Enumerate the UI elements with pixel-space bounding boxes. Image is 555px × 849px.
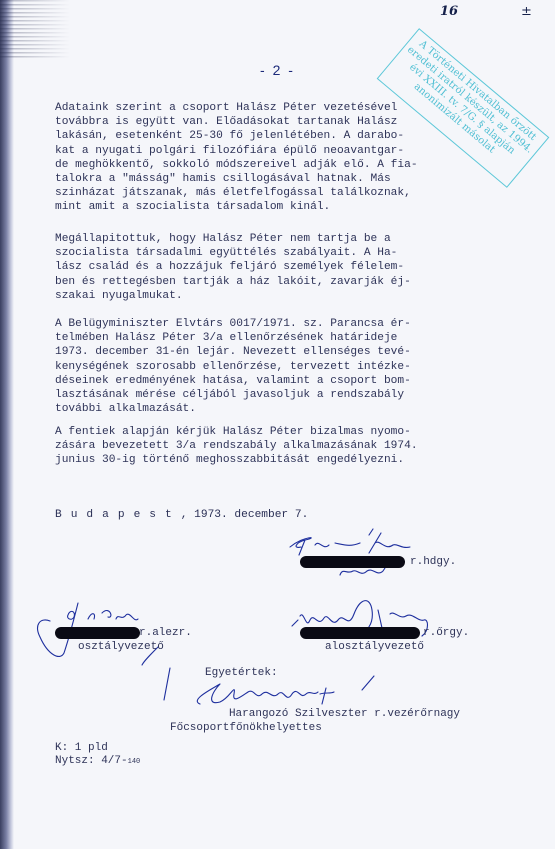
- text-line: 1973. december 31-én lejár. Nevezett ell…: [55, 345, 411, 359]
- text-line: Adataink szerint a csoport Halász Péter …: [55, 101, 418, 115]
- scan-left-edge-shadow: [0, 0, 14, 849]
- title-right: alosztályvezető: [325, 641, 424, 653]
- text-line: A Belügyminiszter Elvtárs 0017/1971. sz.…: [55, 317, 411, 331]
- dateline: Budapest, 1973. december 7.: [55, 509, 308, 521]
- copies-count: K: 1 pld: [55, 742, 108, 754]
- text-line: telmében Halász Péter 3/a ellenőrzésének…: [55, 331, 411, 345]
- redacted-name-right: [300, 627, 420, 639]
- dateline-place: Budapest: [55, 509, 181, 521]
- paragraph-request: A fentiek alapján kérjük Halász Péter bi…: [55, 425, 418, 468]
- text-line: lasztásának mérése céljából javasoljuk a…: [55, 388, 411, 402]
- approver-name: Harangozó Szilveszter r.vezérőrnagy: [0, 708, 460, 720]
- text-line: kenységének szorosabb ellenőrzése, terve…: [55, 360, 411, 374]
- text-line: Megállapitottuk, hogy Halász Péter nem t…: [55, 232, 411, 246]
- text-line: továbbra is együtt van. Előadásokat tart…: [55, 115, 418, 129]
- registry-suffix: 140: [128, 758, 141, 766]
- text-line: lász család és a hozzájuk feljáró személ…: [55, 260, 411, 274]
- stamp-line: eredeti iratról készült, az 1994.: [401, 42, 537, 159]
- text-line: szocialista társadalmi együttélés szabál…: [55, 246, 411, 260]
- redacted-name-left: [55, 627, 140, 639]
- text-line: kat a nyugati polgári filozófiára épülő …: [55, 144, 418, 158]
- text-line: talokra a "másság" hamis csillogásával h…: [55, 172, 418, 186]
- text-line: lakásán, esetenként 25-30 fő jelenlétébe…: [55, 129, 418, 143]
- text-line: mint amit a szocialista társadalom kinál…: [55, 200, 418, 214]
- signature-top-right: [285, 525, 435, 585]
- paragraph-surveillance-order: A Belügyminiszter Elvtárs 0017/1971. sz.…: [55, 317, 411, 416]
- paragraph-violations: Megállapitottuk, hogy Halász Péter nem t…: [55, 232, 411, 303]
- text-line: A fentiek alapján kérjük Halász Péter bi…: [55, 425, 418, 439]
- archive-page-number: 16: [440, 4, 458, 19]
- approver-title: Főcsoportfőnökhelyettes: [170, 722, 322, 734]
- registry-prefix: Nytsz: 4/7-: [55, 755, 128, 767]
- rank-right: r.őrgy.: [423, 627, 469, 639]
- redacted-name-top-right: [300, 556, 405, 568]
- rank-top-right: r.hdgy.: [410, 556, 456, 568]
- text-line: további alkalmazását.: [55, 402, 411, 416]
- rank-left: r.alezr.: [139, 627, 192, 639]
- text-line: zására bevezetett 3/a rendszabály alkalm…: [55, 439, 418, 453]
- text-line: szakai nyugalmukat.: [55, 289, 411, 303]
- text-line: szinházat játszanak, más életfelfogással…: [55, 186, 418, 200]
- text-line: de meghökkentő, sokkoló módszereivel adj…: [55, 158, 418, 172]
- text-line: déseinek eredményének hatása, valamint a…: [55, 374, 411, 388]
- scan-top-artifact: [0, 0, 70, 60]
- text-line: ben és rettegésben tartják a ház lakóit,…: [55, 275, 411, 289]
- archive-mark: ±: [521, 4, 532, 19]
- title-left: osztályvezető: [78, 641, 164, 653]
- paragraph-group-activity: Adataink szerint a csoport Halász Péter …: [55, 101, 418, 215]
- registry-number: Nytsz: 4/7-140: [55, 755, 140, 767]
- text-line: junius 30-ig történő meghosszabbitását e…: [55, 453, 418, 467]
- dateline-date: , 1973. december 7.: [181, 509, 309, 521]
